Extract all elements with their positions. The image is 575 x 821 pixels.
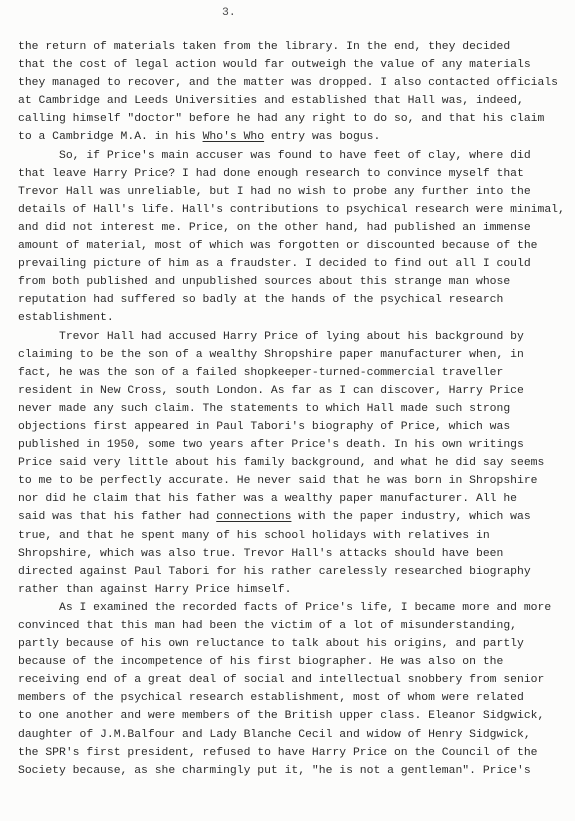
text-line: establishment. [18,309,575,327]
underlined-phrase: connections [216,511,291,523]
text-line: fact, he was the son of a failed shopkee… [18,364,575,382]
text-line: Shropshire, which was also true. Trevor … [18,545,575,563]
text-line: rather than against Harry Price himself. [18,581,575,599]
text-line: resident in New Cross, south London. As … [18,382,575,400]
text-line: Price said very little about his family … [18,454,575,472]
text-line: and did not interest me. Price, on the o… [18,219,575,237]
text-line: As I examined the recorded facts of Pric… [18,599,575,617]
page-number: 3. [222,7,236,19]
text-line: they managed to recover, and the matter … [18,74,575,92]
text-line: objections first appeared in Paul Tabori… [18,418,575,436]
text-line: calling himself "doctor" before he had a… [18,110,575,128]
text-line: directed against Paul Tabori for his rat… [18,563,575,581]
text-line: Trevor Hall was unreliable, but I had no… [18,183,575,201]
text-run: said was that his father had [18,511,216,523]
text-line: prevailing picture of him as a fraudster… [18,255,575,273]
text-line: So, if Price's main accuser was found to… [18,147,575,165]
text-line: convinced that this man had been the vic… [18,617,575,635]
text-line: Trevor Hall had accused Harry Price of l… [18,328,575,346]
text-line: daughter of J.M.Balfour and Lady Blanche… [18,726,575,744]
text-line: never made any such claim. The statement… [18,400,575,418]
text-run: entry was bogus. [264,131,380,143]
text-line: to one another and were members of the B… [18,707,575,725]
text-line: published in 1950, some two years after … [18,436,575,454]
text-line: amount of material, most of which was fo… [18,237,575,255]
body-text: the return of materials taken from the l… [18,38,575,780]
typewritten-page: 3. the return of materials taken from th… [0,0,575,821]
text-line: the SPR's first president, refused to ha… [18,744,575,762]
text-line: because of the incompetence of his first… [18,653,575,671]
text-line: that the cost of legal action would far … [18,56,575,74]
text-line: members of the psychical research establ… [18,689,575,707]
text-line: to me to be perfectly accurate. He never… [18,472,575,490]
text-line: partly because of his own reluctance to … [18,635,575,653]
text-line: nor did he claim that his father was a w… [18,490,575,508]
text-line: true, and that he spent many of his scho… [18,527,575,545]
text-line: to a Cambridge M.A. in his Who's Who ent… [18,128,575,146]
text-line: from both published and unpublished sour… [18,273,575,291]
text-line: that leave Harry Price? I had done enoug… [18,165,575,183]
text-line: details of Hall's life. Hall's contribut… [18,201,575,219]
text-line: Society because, as she charmingly put i… [18,762,575,780]
text-line: receiving end of a great deal of social … [18,671,575,689]
text-run: to a Cambridge M.A. in his [18,131,203,143]
text-line: the return of materials taken from the l… [18,38,575,56]
text-line: said was that his father had connections… [18,508,575,526]
text-run: with the paper industry, which was [291,511,530,523]
text-line: reputation had suffered so badly at the … [18,291,575,309]
text-line: at Cambridge and Leeds Universities and … [18,92,575,110]
text-line: claiming to be the son of a wealthy Shro… [18,346,575,364]
underlined-phrase: Who's Who [203,131,265,143]
